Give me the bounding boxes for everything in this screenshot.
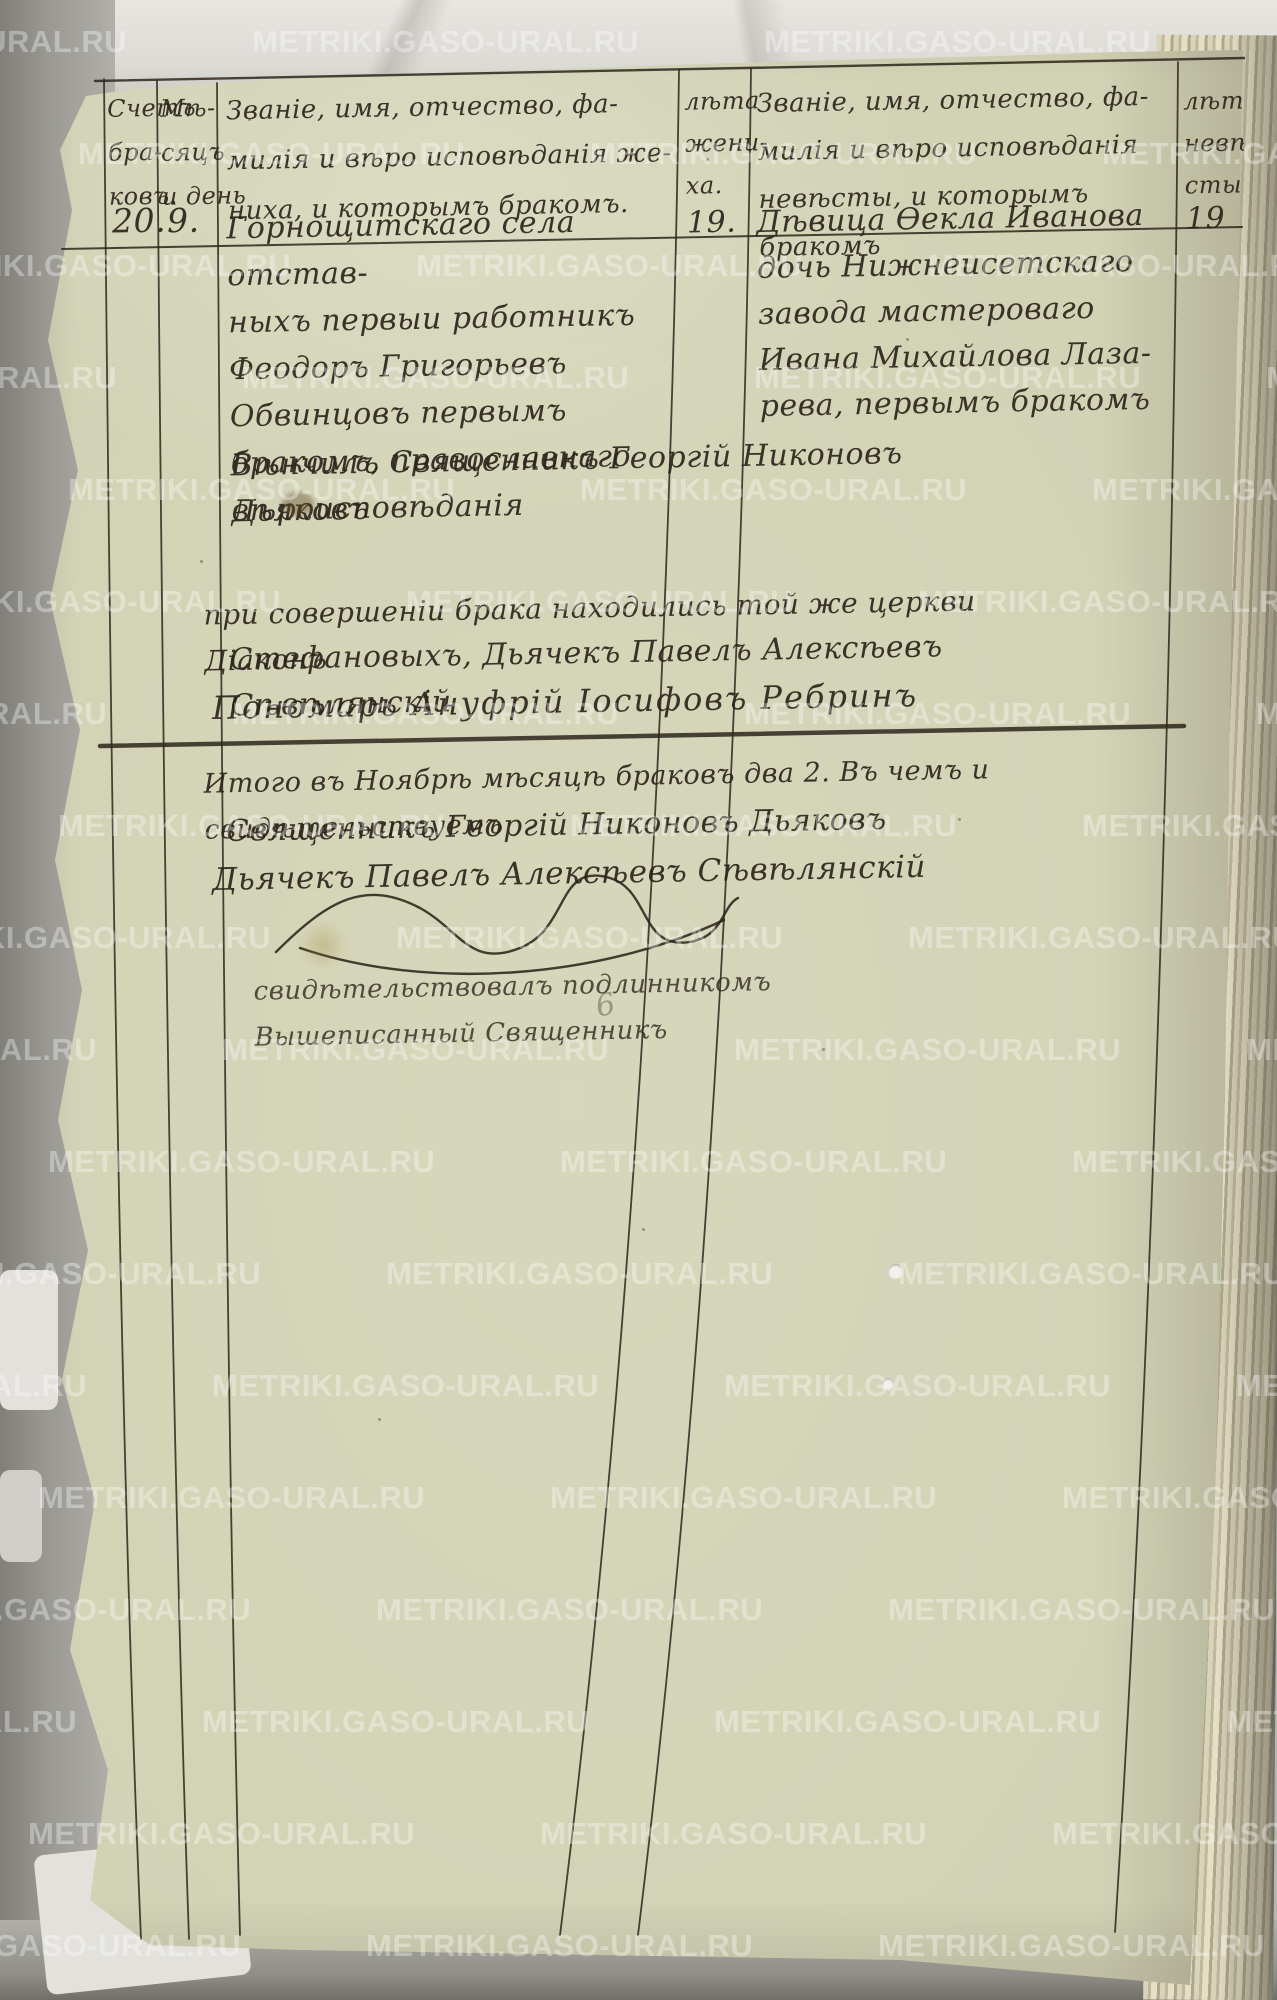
- entry-bride-description: Дѣвица Ѳекла Иванова дочь Нижнеисетскаго…: [756, 192, 1200, 430]
- paper-hole: [882, 1378, 894, 1390]
- paper-speck: [516, 698, 519, 701]
- metric-book-scan: Счетъ бра- ковъ. Мѣ- сяцъ и день Званіе,…: [0, 0, 1277, 2000]
- paper-scrap: [0, 1270, 58, 1410]
- header-col-bride-age: лѣта невѣ- сты: [1183, 79, 1245, 206]
- paper-speck: [248, 118, 251, 121]
- entry-groom-age: 19.: [687, 200, 737, 247]
- paper-speck: [906, 338, 909, 341]
- entry-officiant-line: Вѣнчилъ Священникъ Георгій Никоновъ Дьяк…: [230, 429, 1032, 536]
- paper-speck: [378, 1418, 381, 1421]
- ink-stain: [282, 492, 314, 516]
- foxing-stain: [296, 922, 350, 968]
- paper-speck: [642, 1228, 645, 1231]
- paper-speck: [200, 560, 203, 563]
- paper-hole: [888, 1264, 903, 1279]
- entry-number: 20.: [112, 198, 167, 245]
- paper-scrap: [0, 1470, 42, 1562]
- paper-speck: [822, 1048, 825, 1051]
- paper-speck: [470, 420, 473, 423]
- entry-bride-age: 19: [1186, 196, 1235, 243]
- entry-day: 9.: [167, 198, 200, 245]
- paper-speck: [958, 818, 961, 821]
- paper-speck: [706, 158, 709, 161]
